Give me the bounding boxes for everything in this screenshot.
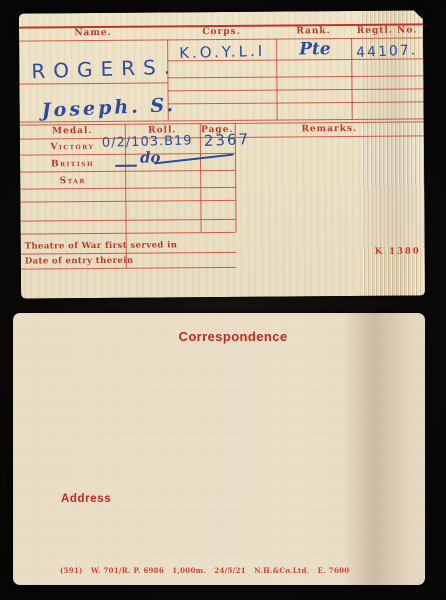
ruled-line [21,232,236,235]
printer-imprint: (591) W. 701/R. P. 6986 1,000m. 24/5/21 … [60,566,349,575]
ditto-dash-stroke [115,165,137,167]
ruled-line-date [21,267,236,270]
header-rank: Rank. [276,26,351,37]
ruled-line [20,187,235,190]
form-number: K 1380 [365,246,421,256]
card-shadow-band [343,313,413,585]
handwritten-surname: ROGERS. [31,54,178,83]
medal-index-card-reverse: Correspondence Address (591) W. 701/R. P… [13,313,425,585]
ruled-line-theatre [21,252,236,255]
ruled-line [20,170,235,173]
address-label: Address [61,493,111,505]
theatre-of-war-label: Theatre of War first served in [25,240,178,251]
corner-fold [414,10,423,19]
ruled-line [21,219,236,222]
header-name: Name. [19,27,167,38]
handwritten-roll-british-ditto: do [140,148,161,166]
handwritten-rank: Pte [299,39,331,59]
medal-row-star: Star [20,176,125,187]
handwritten-forenames: Joseph. S. [41,94,176,122]
correspondence-heading: Correspondence [133,329,333,344]
header-regtl-no: Regtl. No. [351,25,423,36]
column-divider-roll-page [200,123,202,232]
medal-index-card-front: Name. Corps. Rank. Regtl. No. Medal. Rol… [19,10,425,298]
header-remarks: Remarks. [235,123,424,134]
handwritten-regtl-no: 44107. [356,42,418,61]
column-divider-rank-regtl [351,38,353,119]
date-of-entry-label: Date of entry therein [25,256,134,267]
photo-background: Name. Corps. Rank. Regtl. No. Medal. Rol… [0,0,446,600]
medal-row-british: British [20,159,125,170]
handwritten-corps: K.O.Y.L.I [179,42,265,62]
ruled-line [20,200,235,203]
header-corps: Corps. [167,27,276,38]
ruled-line [20,153,235,156]
ditto-flourish-stroke [154,154,234,164]
column-divider-corps-rank [276,39,278,120]
handwritten-page-victory: 2367 [204,130,251,150]
